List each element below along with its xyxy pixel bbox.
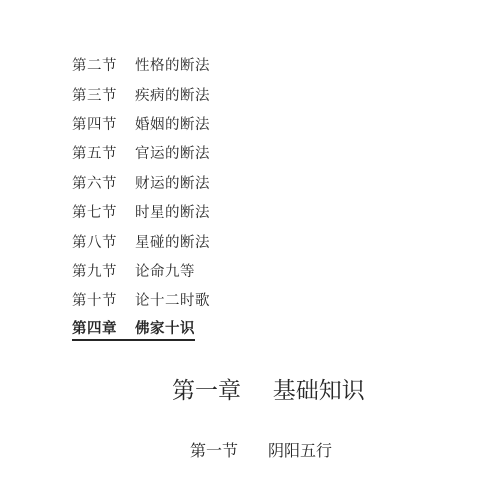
toc-chapter-label: 第四章	[72, 317, 135, 338]
toc-item-title: 性格的断法	[135, 54, 210, 75]
toc-row: 第八节 星碰的断法	[72, 226, 210, 255]
toc-item-label: 第四节	[72, 113, 135, 134]
toc-item-label: 第十节	[72, 289, 135, 310]
toc-list: 第二节 性格的断法 第三节 疾病的断法 第四节 婚姻的断法 第五节 官运的断法 …	[72, 50, 210, 344]
toc-row: 第四节 婚姻的断法	[72, 109, 210, 138]
subsection-heading-title: 阴阳五行	[268, 443, 332, 460]
toc-item-label: 第三节	[72, 84, 135, 105]
toc-row: 第三节 疾病的断法	[72, 79, 210, 108]
document-page: 第二节 性格的断法 第三节 疾病的断法 第四节 婚姻的断法 第五节 官运的断法 …	[0, 0, 486, 489]
subsection-heading-label: 第一节	[190, 443, 238, 460]
toc-row: 第五节 官运的断法	[72, 138, 210, 167]
toc-chapter-title: 佛家十识	[135, 317, 195, 338]
toc-item-label: 第九节	[72, 260, 135, 281]
toc-row: 第九节 论命九等	[72, 256, 210, 285]
toc-row: 第七节 时星的断法	[72, 197, 210, 226]
chapter-heading-title: 基础知识	[273, 378, 365, 403]
chapter-heading-label: 第一章	[172, 378, 241, 403]
chapter-heading: 第一章 基础知识	[172, 372, 365, 405]
toc-row: 第二节 性格的断法	[72, 50, 210, 79]
toc-item-label: 第七节	[72, 201, 135, 222]
toc-item-label: 第二节	[72, 54, 135, 75]
toc-item-title: 论十二时歌	[135, 289, 210, 310]
toc-item-title: 星碰的断法	[135, 231, 210, 252]
toc-item-label: 第五节	[72, 142, 135, 163]
toc-item-title: 官运的断法	[135, 142, 210, 163]
toc-item-title: 时星的断法	[135, 201, 210, 222]
toc-item-label: 第八节	[72, 231, 135, 252]
toc-item-title: 财运的断法	[135, 172, 210, 193]
toc-item-title: 疾病的断法	[135, 84, 210, 105]
toc-chapter-row: 第四章 佛家十识	[72, 315, 210, 344]
toc-chapter-line: 第四章 佛家十识	[72, 317, 195, 341]
toc-row: 第六节 财运的断法	[72, 168, 210, 197]
toc-item-title: 论命九等	[135, 260, 195, 281]
toc-row: 第十节 论十二时歌	[72, 285, 210, 314]
toc-item-label: 第六节	[72, 172, 135, 193]
toc-item-title: 婚姻的断法	[135, 113, 210, 134]
subsection-heading: 第一节 阴阳五行	[190, 438, 332, 461]
